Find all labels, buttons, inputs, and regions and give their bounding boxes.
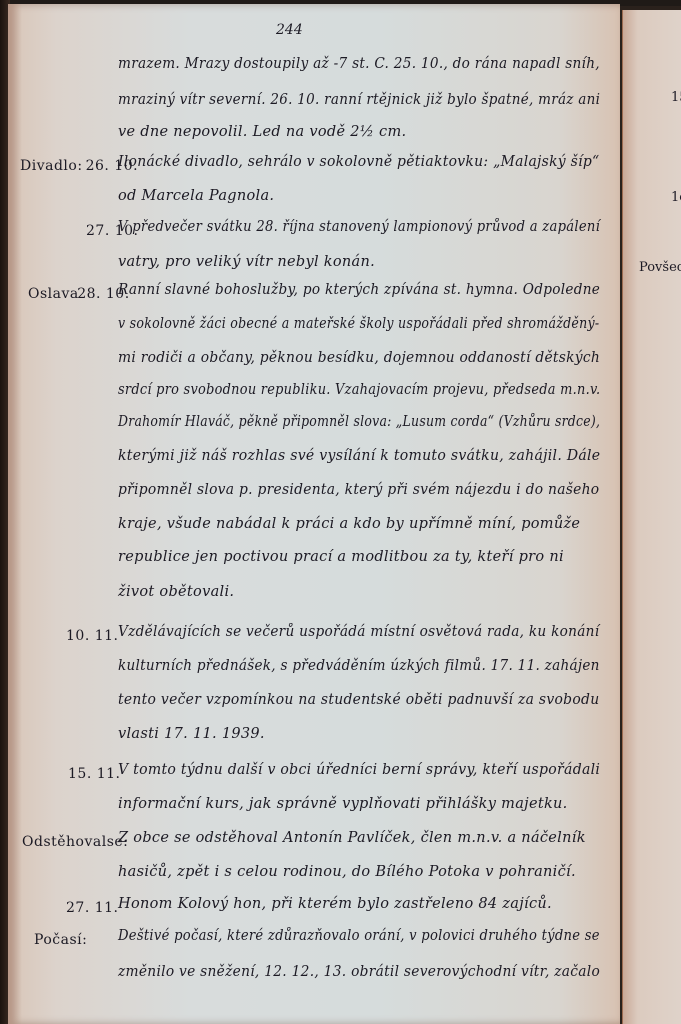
handwritten-line: Honom Kolový hon, při kterém bylo zastře… (118, 896, 552, 912)
handwritten-line: Z obce se odstěhoval Antonín Pavlíček, č… (118, 830, 586, 846)
facing-page-fragment: Povšech (639, 260, 681, 275)
handwritten-line: hasičů, zpět i s celou rodinou, do Bíléh… (118, 864, 576, 880)
handwritten-line: Drahomír Hlaváč, pěkně připomněl slova: … (118, 414, 600, 430)
handwritten-line: Deštivé počasí, které zdůrazňovalo orání… (118, 928, 600, 944)
page-number: 244 (276, 22, 303, 38)
facing-page-fragment: 1c (671, 190, 681, 205)
manuscript-page: 244 mrazem. Mrazy dostoupily až -7 st. C… (8, 4, 620, 1024)
handwritten-line: v sokolovně žáci obecné a mateřské školy… (118, 316, 599, 332)
entry-date: 15. 11. (68, 766, 120, 782)
handwritten-line: vlasti 17. 11. 1939. (118, 726, 265, 742)
handwritten-line: Ranní slavné bohoslužby, po kterých zpív… (118, 282, 600, 298)
handwritten-line: kterými již náš rozhlas své vysílání k t… (118, 448, 600, 464)
handwritten-line: tento večer vzpomínkou na studentské obě… (118, 692, 599, 708)
entry-date: 27. 11. (66, 900, 118, 916)
handwritten-line: V předvečer svátku 28. října stanovený l… (118, 219, 600, 235)
handwritten-line: Ilonácké divadlo, sehrálo v sokolovně pě… (118, 154, 599, 170)
handwritten-line: vatry, pro veliký vítr nebyl konán. (118, 254, 375, 270)
entry-label: Divadlo: (20, 158, 83, 174)
entry-label: Počasí: (34, 932, 87, 948)
handwritten-line: od Marcela Pagnola. (118, 188, 274, 204)
handwritten-line: republice jen poctivou prací a modlitbou… (118, 549, 564, 565)
handwritten-line: mrazem. Mrazy dostoupily až -7 st. C. 25… (118, 56, 600, 72)
handwritten-line: ve dne nepovolil. Led na vodě 2½ cm. (118, 124, 406, 140)
handwritten-line: změnilo ve sněžení, 12. 12., 13. obrátil… (118, 964, 600, 980)
handwritten-line: mi rodiči a občany, pěknou besídku, doje… (118, 350, 600, 366)
facing-page-edge: 15 1c Povšech (622, 10, 681, 1024)
handwritten-line: Vzdělávajících se večerů uspořádá místní… (118, 624, 599, 640)
entry-label: Odstěhovalse: (22, 834, 128, 850)
handwritten-line: informační kurs, jak správně vyplňovati … (118, 796, 568, 812)
handwritten-line: mraziný vítr severní. 26. 10. ranní rtěj… (118, 92, 600, 108)
handwritten-line: život obětovali. (118, 584, 234, 600)
handwritten-line: srdcí pro svobodnou republiku. Vzahajova… (118, 382, 600, 398)
handwritten-line: připomněl slova p. presidenta, který při… (118, 482, 599, 498)
handwritten-line: kraje, všude nabádal k práci a kdo by up… (118, 516, 580, 532)
facing-page-fragment: 15 (671, 90, 681, 105)
entry-label: Oslava (28, 286, 79, 302)
handwritten-line: V tomto týdnu další v obci úředníci bern… (118, 762, 600, 778)
handwritten-line: kulturních přednášek, s předváděním úzký… (118, 658, 600, 674)
entry-date: 10. 11. (66, 628, 118, 644)
